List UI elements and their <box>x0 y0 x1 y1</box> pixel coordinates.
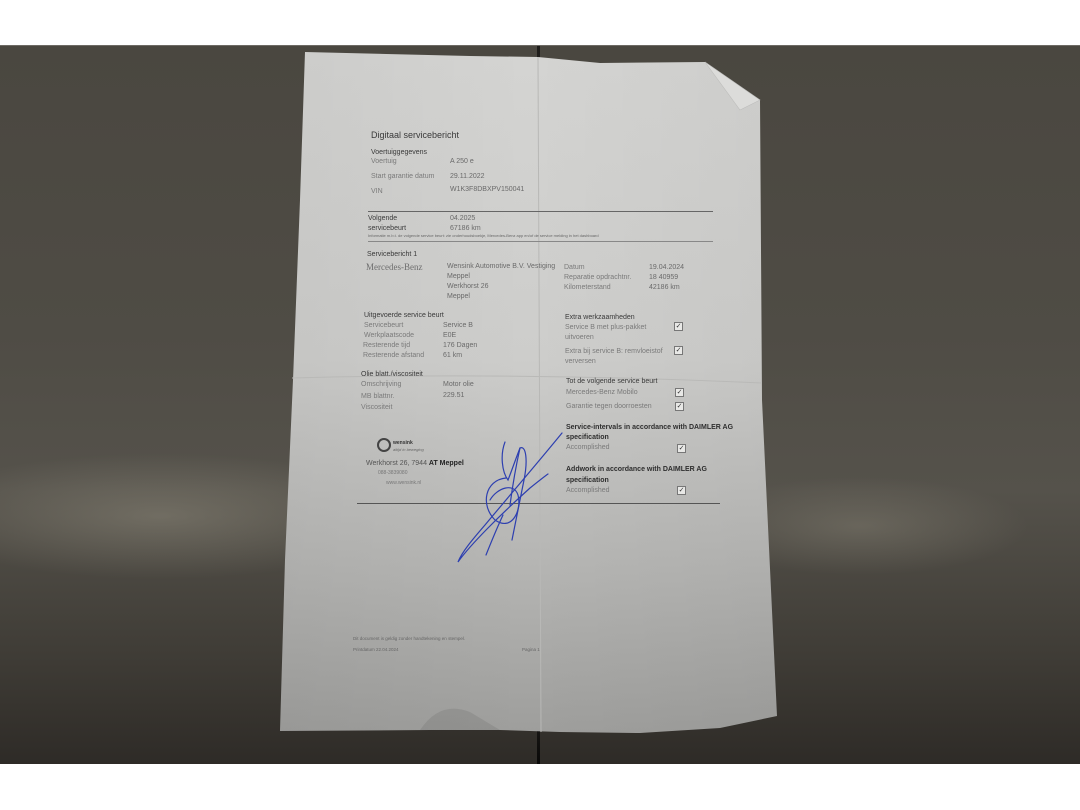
handwritten-signature <box>0 0 1080 810</box>
